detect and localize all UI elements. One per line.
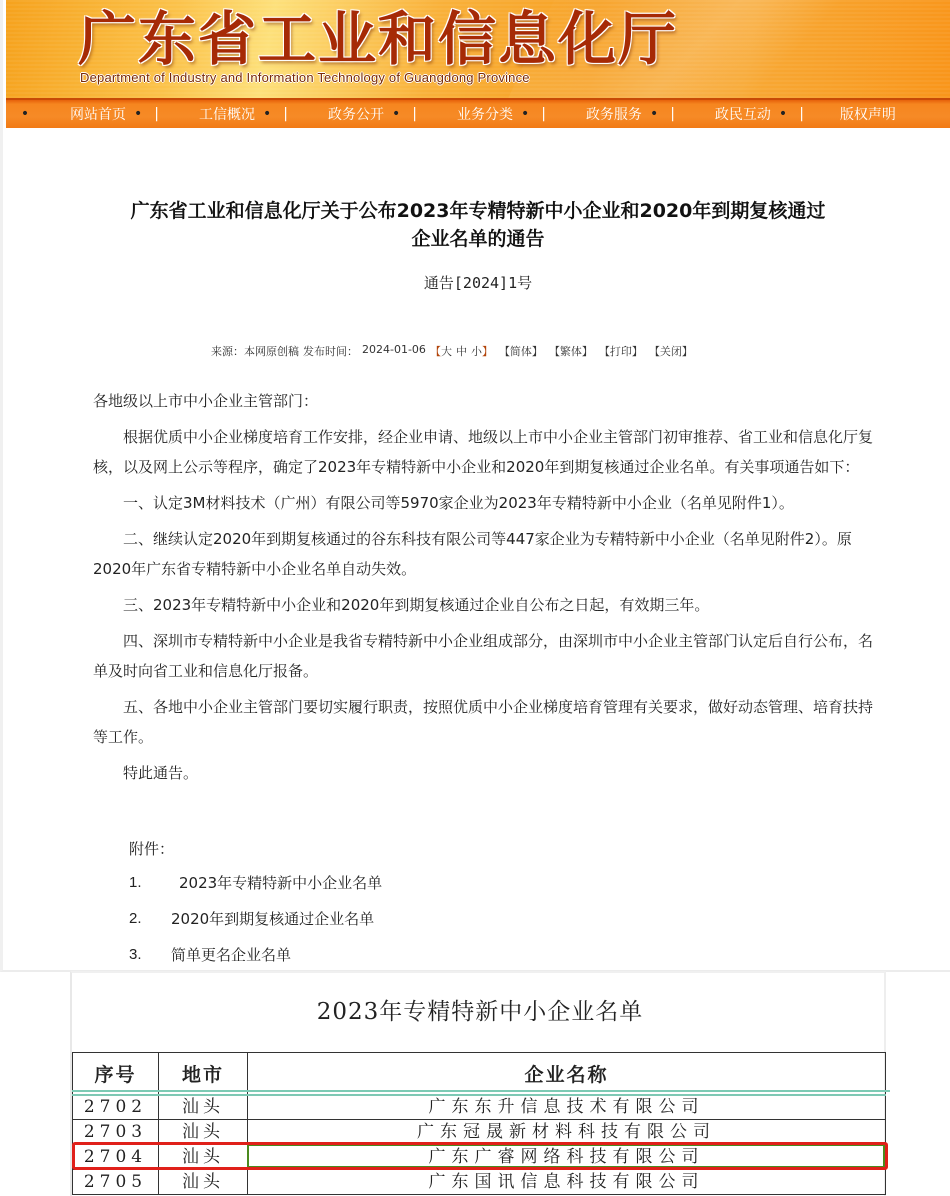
- nav-divider: |: [799, 106, 804, 122]
- font-medium-link[interactable]: 中: [456, 343, 467, 359]
- bullet-icon: •: [650, 106, 658, 122]
- notice-webpage: 广东省工业和信息化厅 Department of Industry and In…: [0, 0, 950, 972]
- close-link[interactable]: 【关闭】: [649, 343, 693, 359]
- cell-id[interactable]: 2703: [73, 1120, 159, 1145]
- cell-company-selected[interactable]: 广东广睿网络科技有限公司: [248, 1145, 886, 1170]
- attachments: 附件： 1. 2023年专精特新中小企业名单 2. 2020年到期复核通过企业名…: [129, 834, 382, 976]
- column-header-city: 地市: [159, 1053, 248, 1095]
- article-meta: 来源：本网原创稿 发布时间： 2024-01-06 【 大 中 小 】 【简体】…: [211, 343, 693, 359]
- bullet-icon: •: [392, 106, 400, 122]
- company-table: 序号 地市 企业名称 2702 汕头 广东东升信息技术有限公司 2703 汕头 …: [72, 1052, 886, 1195]
- source-label: 来源：本网原创稿: [211, 343, 299, 359]
- closing: 特此通告。: [93, 758, 873, 788]
- title-line-1: 广东省工业和信息化厅关于公布2023年专精特新中小企业和2020年到期复核通过: [63, 197, 893, 225]
- nav-copyright[interactable]: 版权声明: [840, 104, 896, 124]
- nav-about[interactable]: 工信概况: [199, 104, 255, 124]
- freeze-pane-line: [72, 1090, 890, 1092]
- attachment-link[interactable]: 2023年专精特新中小企业名单: [179, 868, 382, 904]
- publish-label: 发布时间：: [303, 343, 358, 359]
- paragraph-2: 二、继续认定2020年到期复核通过的谷东科技有限公司等447家企业为专精特新中小…: [93, 524, 873, 584]
- bullet-icon: •: [521, 106, 529, 122]
- nav-business-categories[interactable]: 业务分类: [457, 104, 513, 124]
- site-subtitle: Department of Industry and Information T…: [80, 70, 530, 85]
- site-banner: 广东省工业和信息化厅 Department of Industry and In…: [6, 0, 950, 98]
- site-title: 广东省工业和信息化厅: [78, 6, 678, 72]
- cell-id[interactable]: 2704: [73, 1145, 159, 1170]
- cell-company[interactable]: 广东东升信息技术有限公司: [248, 1095, 886, 1120]
- nav-home[interactable]: 网站首页: [70, 104, 126, 124]
- traditional-chinese-link[interactable]: 【繁体】: [549, 343, 593, 359]
- attachment-number: 2.: [129, 904, 171, 940]
- cell-company[interactable]: 广东国讯信息科技有限公司: [248, 1170, 886, 1195]
- title-line-2: 企业名单的通告: [63, 225, 893, 253]
- nav-divider: |: [154, 106, 159, 122]
- font-size-bracket-close: 】: [482, 343, 493, 359]
- font-large-link[interactable]: 大: [441, 343, 452, 359]
- font-size-bracket-open: 【: [430, 343, 441, 359]
- table-row[interactable]: 2702 汕头 广东东升信息技术有限公司: [73, 1095, 886, 1120]
- nav-services[interactable]: 政务服务: [586, 104, 642, 124]
- print-link[interactable]: 【打印】: [599, 343, 643, 359]
- nav-divider: |: [412, 106, 417, 122]
- nav-divider: |: [670, 106, 675, 122]
- bullet-icon: •: [779, 106, 787, 122]
- bullet-icon: •: [263, 106, 271, 122]
- cell-city[interactable]: 汕头: [159, 1095, 248, 1120]
- table-row[interactable]: 2705 汕头 广东国讯信息科技有限公司: [73, 1170, 886, 1195]
- attachment-number: 1.: [129, 868, 171, 904]
- paragraph-5: 五、各地中小企业主管部门要切实履行职责，按照优质中小企业梯度培育管理有关要求，做…: [93, 692, 873, 752]
- paragraph-1: 一、认定3M材料技术（广州）有限公司等5970家企业为2023年专精特新中小企业…: [93, 488, 873, 518]
- nav-divider: |: [283, 106, 288, 122]
- salutation: 各地级以上市中小企业主管部门：: [93, 386, 873, 416]
- publish-date: 2024-01-06: [362, 343, 426, 359]
- paragraph-3: 三、2023年专精特新中小企业和2020年到期复核通过企业自公布之日起，有效期三…: [93, 590, 873, 620]
- cell-id[interactable]: 2705: [73, 1170, 159, 1195]
- cell-city[interactable]: 汕头: [159, 1120, 248, 1145]
- attachment-link[interactable]: 2020年到期复核通过企业名单: [171, 904, 374, 940]
- cell-city[interactable]: 汕头: [159, 1145, 248, 1170]
- page-title: 广东省工业和信息化厅关于公布2023年专精特新中小企业和2020年到期复核通过 …: [63, 197, 893, 253]
- simplified-chinese-link[interactable]: 【简体】: [499, 343, 543, 359]
- document-number: 通告[2024]1号: [3, 272, 950, 293]
- bullet-icon: •: [20, 106, 30, 122]
- cell-id[interactable]: 2702: [73, 1095, 159, 1120]
- attachment-2[interactable]: 2. 2020年到期复核通过企业名单: [129, 904, 382, 940]
- nav-government-affairs[interactable]: 政务公开: [328, 104, 384, 124]
- table-row-highlighted[interactable]: 2704 汕头 广东广睿网络科技有限公司: [73, 1145, 886, 1170]
- nav-interaction[interactable]: 政民互动: [715, 104, 771, 124]
- cell-company[interactable]: 广东冠晟新材料科技有限公司: [248, 1120, 886, 1145]
- sheet-title: 2023年专精特新中小企业名单: [72, 993, 888, 1026]
- attachment-1[interactable]: 1. 2023年专精特新中小企业名单: [129, 868, 382, 904]
- paragraph-intro: 根据优质中小企业梯度培育工作安排，经企业申请、地级以上市中小企业主管部门初审推荐…: [93, 422, 873, 482]
- column-header-id: 序号: [73, 1053, 159, 1095]
- row-selection-marker: [72, 1144, 75, 1168]
- font-small-link[interactable]: 小: [471, 343, 482, 359]
- attachments-label: 附件：: [129, 834, 382, 868]
- cell-city[interactable]: 汕头: [159, 1170, 248, 1195]
- column-header-company: 企业名称: [248, 1053, 886, 1095]
- table-row[interactable]: 2703 汕头 广东冠晟新材料科技有限公司: [73, 1120, 886, 1145]
- main-nav: • 网站首页 •| 工信概况 •| 政务公开 •| 业务分类 •| 政务服务 •…: [6, 98, 950, 128]
- paragraph-4: 四、深圳市专精特新中小企业是我省专精特新中小企业组成部分，由深圳市中小企业主管部…: [93, 626, 873, 686]
- bullet-icon: •: [134, 106, 142, 122]
- table-header-row: 序号 地市 企业名称: [73, 1053, 886, 1095]
- article-body: 各地级以上市中小企业主管部门： 根据优质中小企业梯度培育工作安排，经企业申请、地…: [93, 386, 873, 794]
- nav-divider: |: [541, 106, 546, 122]
- spreadsheet-excerpt: 2023年专精特新中小企业名单 序号 地市 企业名称 2702 汕头 广东东升信…: [70, 971, 886, 1196]
